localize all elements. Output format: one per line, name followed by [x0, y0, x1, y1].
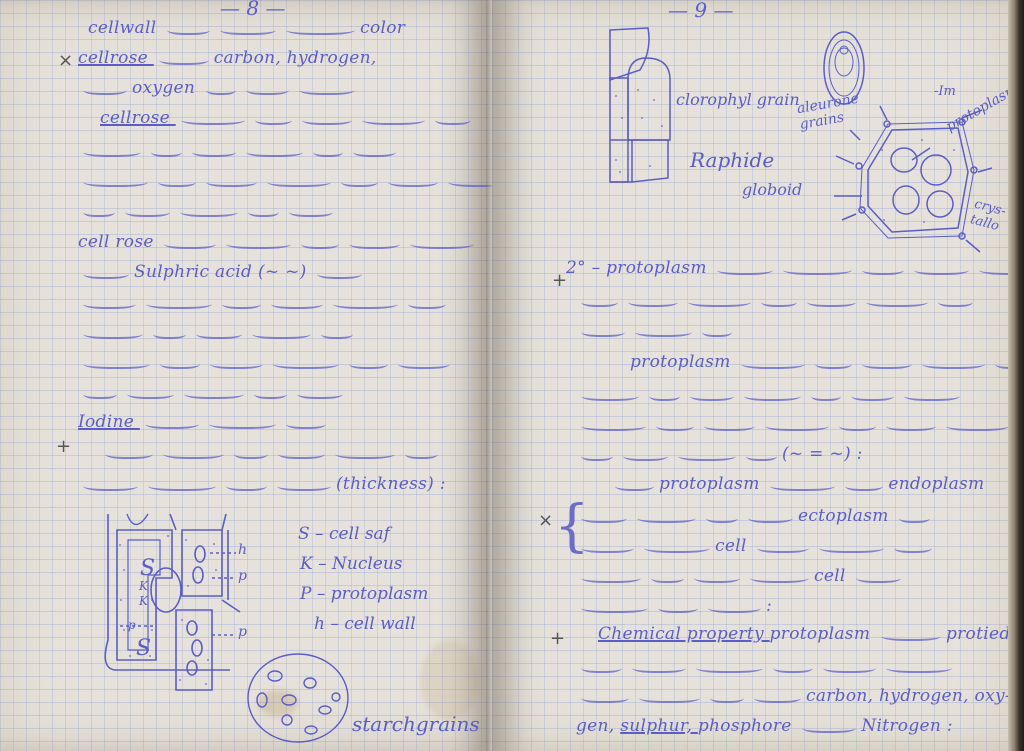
- armenian-script-word: [899, 511, 930, 523]
- margin-cross-mark: ×: [538, 510, 553, 531]
- armenian-script-word: [581, 661, 622, 673]
- handwritten-line: [576, 320, 737, 340]
- armenian-script-word: [651, 571, 684, 583]
- handwritten-line: [576, 656, 957, 676]
- latin-term: gen,: [576, 716, 620, 736]
- latin-term: protoplasm: [659, 474, 765, 494]
- diagram-label-s: S: [140, 556, 155, 581]
- notebook-edge: [1008, 0, 1024, 751]
- armenian-script-word: [886, 419, 936, 431]
- legend-item: S – cell saf: [298, 524, 390, 544]
- handwritten-line: 2° – protoplasm: [566, 258, 1024, 278]
- handwritten-line: (~ = ~) :: [576, 444, 863, 464]
- margin-plus-mark: +: [552, 270, 567, 291]
- armenian-script-word: [866, 295, 928, 307]
- armenian-script-word: [639, 691, 700, 703]
- armenian-script-word: [839, 419, 876, 431]
- armenian-script-word: [615, 479, 654, 491]
- armenian-script-word: [754, 691, 801, 703]
- armenian-script-word: [688, 295, 751, 307]
- armenian-script-word: [823, 661, 876, 673]
- armenian-script-word: [702, 325, 732, 337]
- armenian-script-word: [694, 571, 740, 583]
- armenian-script-word: [904, 389, 960, 401]
- handwritten-line: [576, 290, 978, 310]
- armenian-script-word: [744, 389, 801, 401]
- armenian-script-word: [632, 661, 686, 673]
- diagram-label-p: p: [238, 624, 247, 640]
- armenian-script-word: [946, 419, 1009, 431]
- latin-term: protoplasm: [770, 624, 876, 644]
- legend-item: P – protoplasm: [300, 584, 428, 604]
- handwritten-line: carbon, hydrogen, oxy-: [576, 686, 1011, 706]
- latin-term: sulphur,: [620, 716, 698, 736]
- armenian-script-word: [581, 295, 618, 307]
- armenian-script-word: [773, 661, 813, 673]
- armenian-script-word: [708, 601, 761, 613]
- armenian-script-word: [802, 721, 856, 733]
- handwritten-line: cell: [576, 566, 906, 586]
- armenian-script-word: [581, 325, 625, 337]
- armenian-script-word: [750, 571, 809, 583]
- latin-term: Nitrogen :: [861, 716, 953, 736]
- armenian-script-word: [623, 449, 668, 461]
- armenian-script-word: [811, 389, 841, 401]
- handwritten-line: Chemical property protoplasm protied: [598, 624, 1011, 644]
- armenian-script-word: [746, 449, 777, 461]
- armenian-script-word: [581, 449, 613, 461]
- latin-term: Chemical property: [598, 624, 770, 644]
- latin-term: 2° –: [566, 258, 606, 278]
- legend-item: K – Nucleus: [300, 554, 403, 574]
- handwritten-line: protoplasm endoplasm: [610, 474, 984, 494]
- armenian-script-word: [783, 263, 852, 275]
- armenian-script-word: [717, 263, 773, 275]
- armenian-script-word: [581, 389, 639, 401]
- latin-term: protied: [946, 624, 1011, 644]
- armenian-script-word: [815, 357, 852, 369]
- armenian-script-word: [770, 479, 835, 491]
- latin-term: carbon, hydrogen, oxy-: [806, 686, 1011, 706]
- armenian-script-word: [938, 295, 973, 307]
- armenian-script-word: [886, 661, 952, 673]
- armenian-script-word: [581, 601, 648, 613]
- handwritten-line: [576, 384, 965, 404]
- latin-term: ectoplasm: [798, 506, 894, 526]
- armenian-script-word: [658, 601, 698, 613]
- armenian-script-word: [696, 661, 763, 673]
- diagram-label-k: K: [139, 594, 148, 608]
- diagram-label-p: p: [128, 618, 136, 632]
- armenian-script-word: [748, 511, 793, 523]
- starch-grains-label: starchgrains: [352, 712, 480, 736]
- armenian-script-word: [678, 449, 736, 461]
- handwritten-line: gen, sulphur, phosphore Nitrogen :: [576, 716, 953, 736]
- armenian-script-word: [644, 541, 710, 553]
- armenian-script-word: [862, 263, 904, 275]
- armenian-script-word: [649, 389, 680, 401]
- latin-term: cell: [715, 536, 752, 556]
- armenian-script-word: [894, 541, 932, 553]
- handwritten-line: [576, 414, 1014, 434]
- diagram-label-h: h: [238, 542, 247, 558]
- handwritten-line: cell: [576, 536, 937, 556]
- diagram-label-p: p: [238, 568, 247, 584]
- diagram-label-k: K: [139, 579, 148, 593]
- armenian-script-word: [819, 541, 884, 553]
- open-notebook: — 8 — cellwall color cellrose carbon, hy…: [0, 0, 1024, 751]
- handwritten-line: protoplasm: [630, 352, 1024, 372]
- latin-term: cell: [814, 566, 851, 586]
- armenian-script-word: [635, 325, 692, 337]
- armenian-script-word: [656, 419, 694, 431]
- diagram-label-s: S: [136, 636, 151, 661]
- legend-item: h – cell wall: [314, 614, 416, 634]
- chlorophyll-grain-label: clorophyl grain: [676, 90, 800, 109]
- armenian-script-word: [710, 691, 744, 703]
- armenian-script-word: [856, 571, 901, 583]
- armenian-script-word: [581, 691, 629, 703]
- armenian-script-word: [581, 511, 627, 523]
- armenian-script-word: [581, 541, 634, 553]
- globoid-label: globoid: [742, 180, 802, 199]
- im-label: -Im: [934, 84, 956, 99]
- latin-term: protoplasm: [606, 258, 712, 278]
- armenian-script-word: [581, 571, 641, 583]
- armenian-script-word: [851, 389, 894, 401]
- latin-term: :: [766, 596, 772, 616]
- armenian-script-word: [881, 629, 941, 641]
- latin-term: protoplasm: [630, 352, 736, 372]
- latin-term: (~ = ~): [782, 444, 857, 464]
- armenian-script-word: [741, 357, 805, 369]
- handwritten-line: ectoplasm: [576, 506, 935, 526]
- cell-structures-diagram: [492, 0, 1012, 260]
- latin-term: :: [857, 444, 863, 464]
- armenian-script-word: [914, 263, 969, 275]
- armenian-script-word: [628, 295, 678, 307]
- armenian-script-word: [807, 295, 856, 307]
- armenian-script-word: [761, 295, 797, 307]
- raphide-label: Raphide: [690, 148, 774, 172]
- armenian-script-word: [706, 511, 738, 523]
- armenian-script-word: [922, 357, 985, 369]
- armenian-script-word: [845, 479, 883, 491]
- armenian-script-word: [765, 419, 829, 431]
- armenian-script-word: [637, 511, 696, 523]
- armenian-script-word: [581, 419, 646, 431]
- latin-term: phosphore: [698, 716, 797, 736]
- armenian-script-word: [704, 419, 755, 431]
- armenian-script-word: [862, 357, 912, 369]
- armenian-script-word: [757, 541, 809, 553]
- armenian-script-word: [690, 389, 734, 401]
- margin-plus-mark: +: [550, 628, 565, 649]
- left-page: — 8 — cellwall color cellrose carbon, hy…: [0, 0, 492, 751]
- latin-term: endoplasm: [888, 474, 984, 494]
- handwritten-line: :: [576, 596, 772, 616]
